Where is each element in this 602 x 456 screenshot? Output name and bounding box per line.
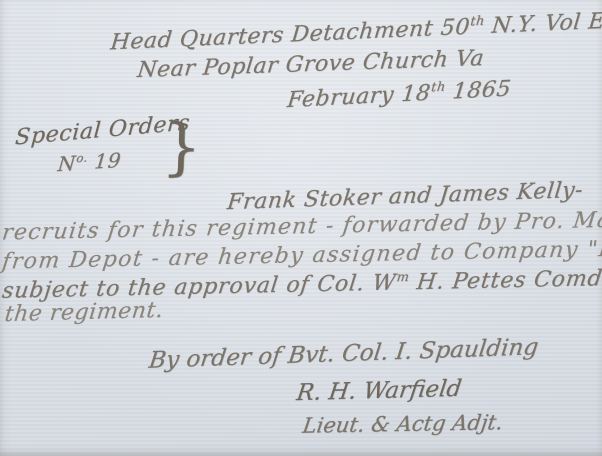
- signature-by-order-line: By order of Bvt. Col. I. Spaulding: [147, 334, 539, 373]
- order-caption-brace: }: [161, 115, 203, 178]
- date-year: 1865: [444, 77, 513, 105]
- header-unit-superscript: th: [470, 14, 486, 30]
- order-number-value: 19: [86, 148, 122, 174]
- body-line-4-text-rest: H. Pettes Comdg: [407, 266, 602, 295]
- body-line-5: the regiment.: [3, 298, 164, 327]
- order-number-text: N: [57, 151, 77, 176]
- signature-name: R. H. Warfield: [295, 376, 463, 406]
- body-line-4-text: subject to the approval of Col. W: [1, 271, 398, 304]
- order-caption-number: No. 19: [57, 148, 122, 176]
- document-page: Head Quarters Detachment 50th N.Y. Vol E…: [0, 0, 602, 456]
- signature-title: Lieut. & Actg Adjt.: [301, 410, 504, 437]
- header-unit-text-rest: N.Y. Vol Eng'rs: [483, 6, 602, 39]
- date-text: February 18: [286, 81, 432, 113]
- header-line-date: February 18th 1865: [286, 76, 512, 113]
- header-line-unit: Head Quarters Detachment 50th N.Y. Vol E…: [109, 6, 602, 55]
